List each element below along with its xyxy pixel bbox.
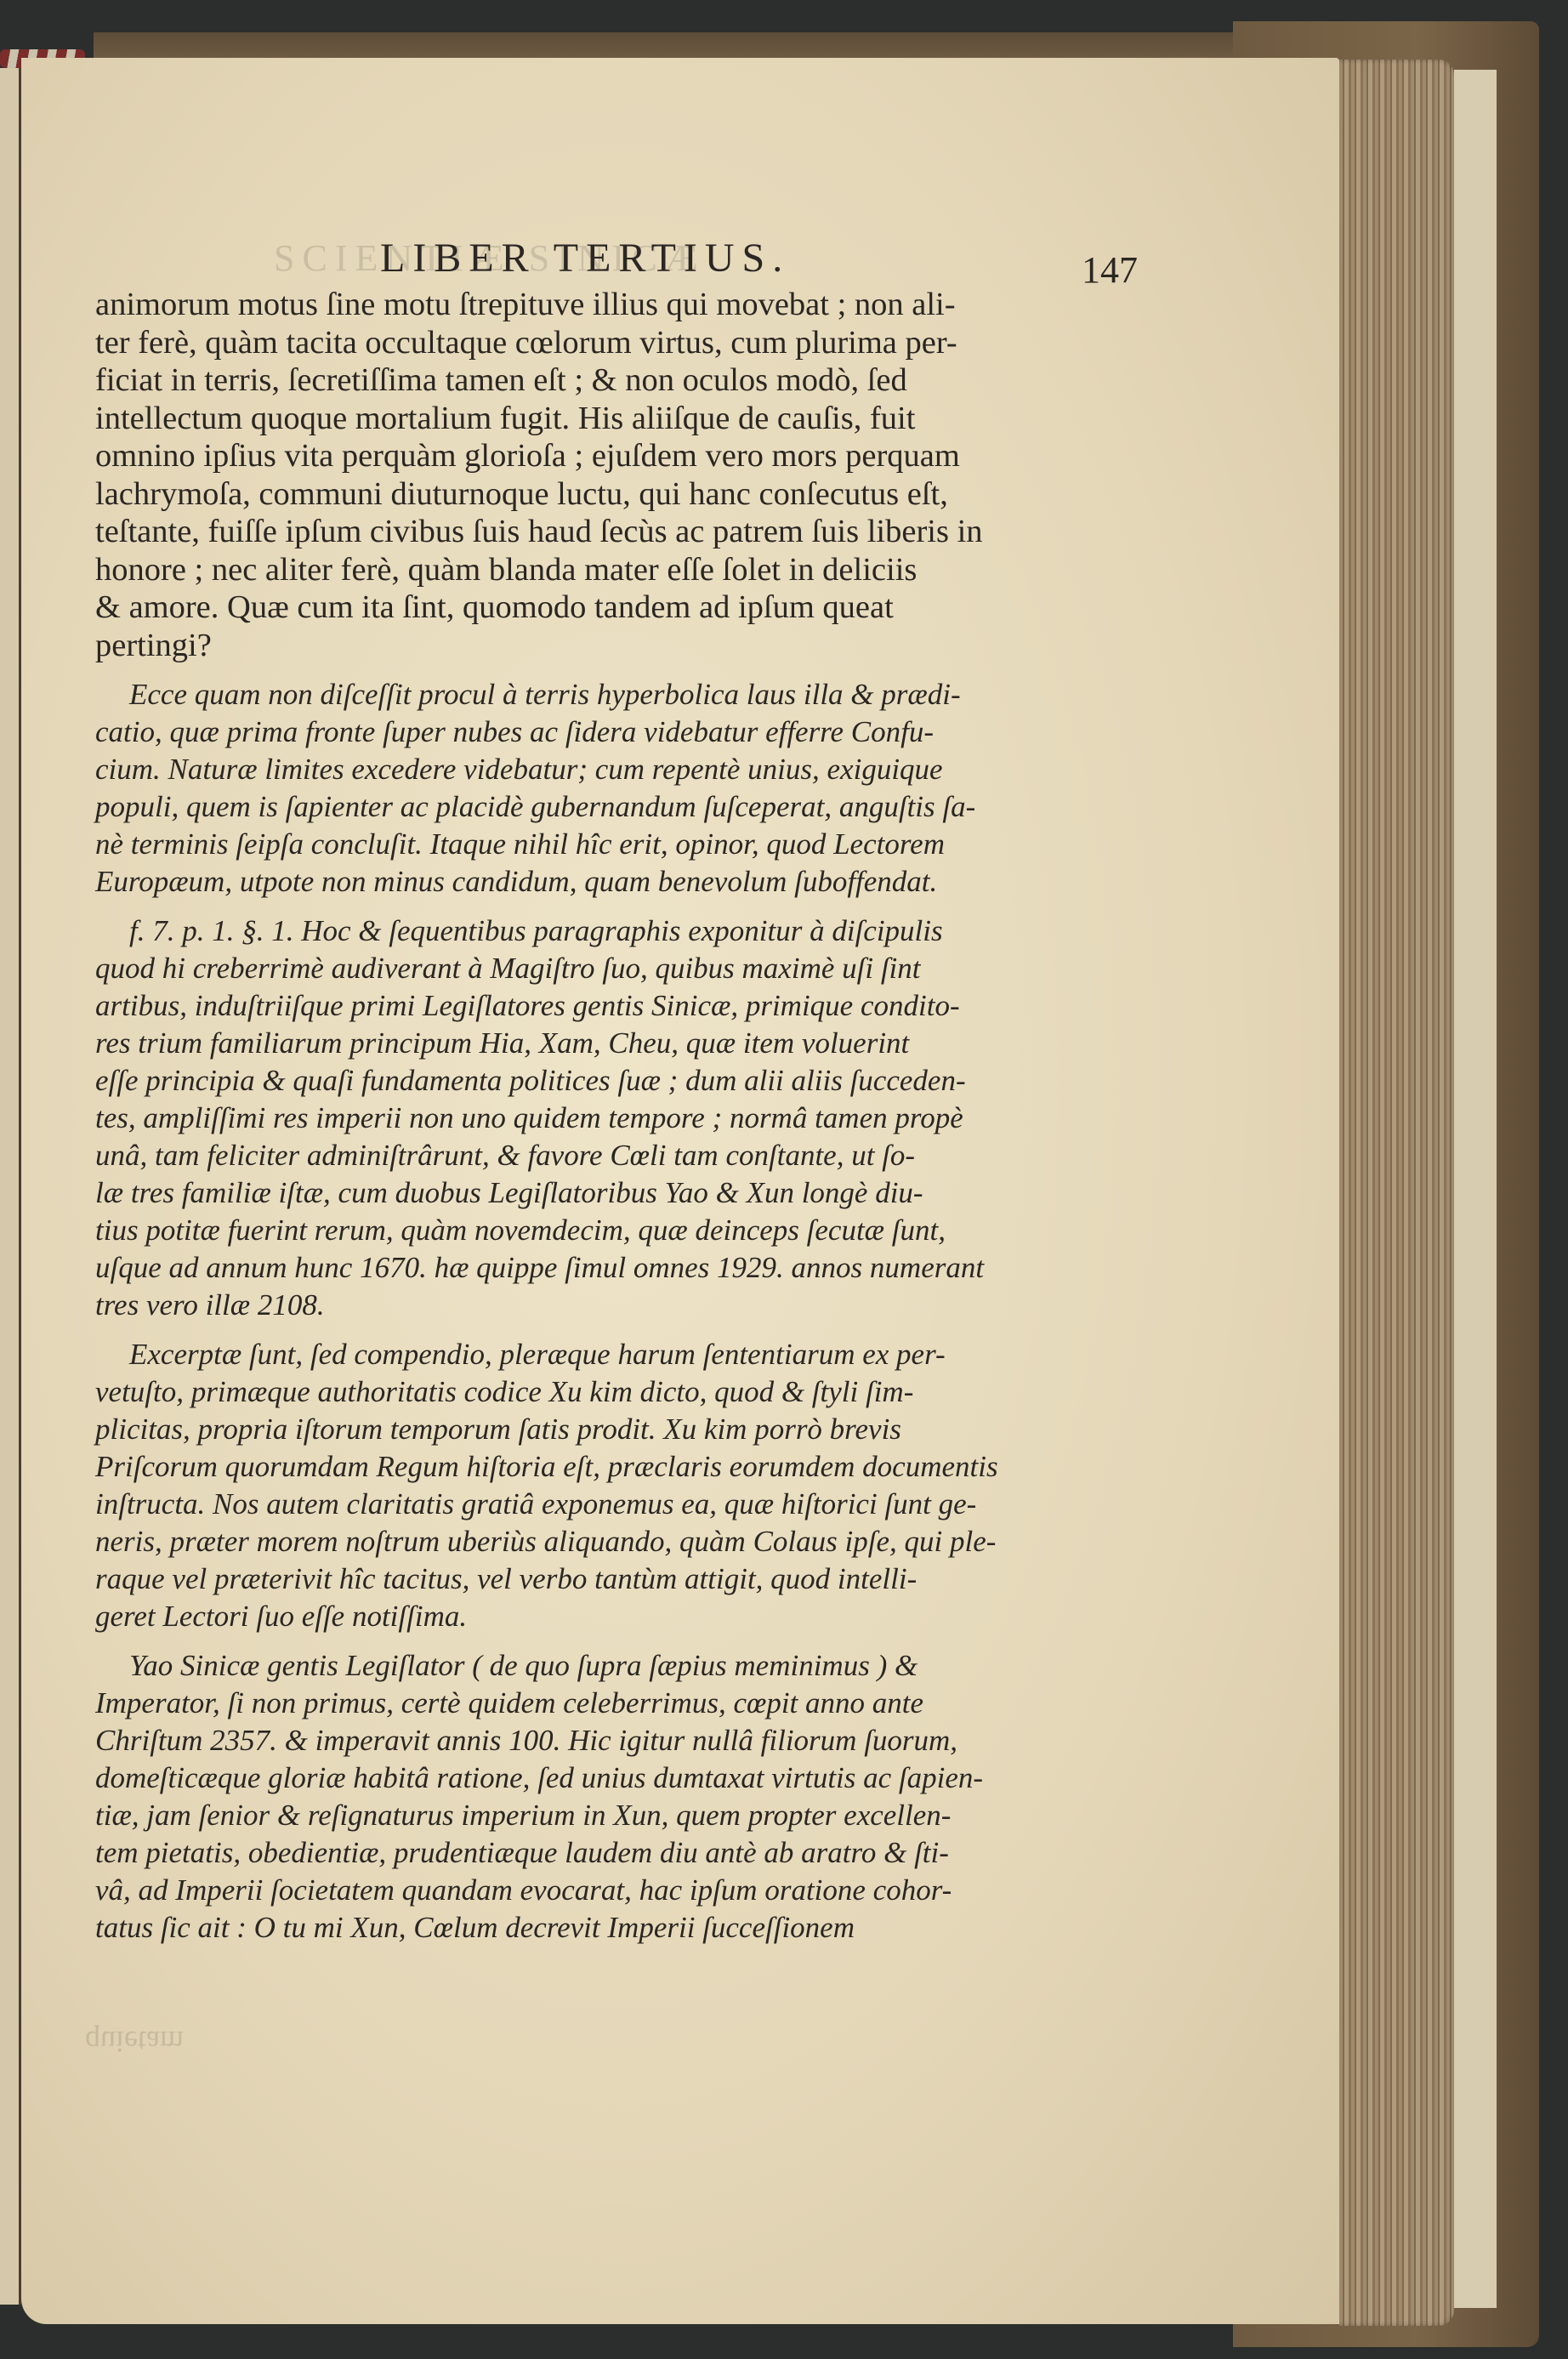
paragraph: Yao Sinicæ gentis Legiſlator ( de quo ſu… <box>95 1647 1146 1947</box>
text-line: ter ferè, quàm tacita occultaque cœlorum… <box>95 324 1146 362</box>
paragraph-gap <box>95 1635 1146 1647</box>
text-line: Chriſtum 2357. & imperavit annis 100. Hi… <box>95 1722 1146 1759</box>
text-line: Europæum, utpote non minus candidum, qua… <box>95 863 1146 901</box>
text-line: unâ, tam feliciter adminiſtrârunt, & fav… <box>95 1137 1146 1174</box>
text-line: populi, quem is ſapienter ac placidè gub… <box>95 788 1146 826</box>
page-text-block: SCIENTIÆ SINICÆ LIBER TERTIUS. 147 animo… <box>95 235 1146 1947</box>
text-line: læ tres familiæ iſtæ, cum duobus Legiſla… <box>95 1174 1146 1212</box>
text-line: tatus ſic ait : O tu mi Xun, Cœlum decre… <box>95 1909 1146 1947</box>
running-head-title: LIBER TERTIUS. <box>380 235 790 281</box>
page-number: 147 <box>1082 248 1138 292</box>
text-line: raque vel præterivit hîc tacitus, vel ve… <box>95 1560 1146 1598</box>
paragraph: f. 7. p. 1. §. 1. Hoc & ſequentibus para… <box>95 912 1146 1324</box>
text-line: uſque ad annum hunc 1670. hæ quippe ſimu… <box>95 1249 1146 1287</box>
text-line: & amore. Quæ cum ita ſint, quomodo tande… <box>95 588 1146 627</box>
text-line: Imperator, ſi non primus, certè quidem c… <box>95 1685 1146 1722</box>
text-line: tius potitæ fuerint rerum, quàm novemdec… <box>95 1212 1146 1249</box>
text-line: inſtructa. Nos autem claritatis gratiâ e… <box>95 1486 1146 1523</box>
text-line: intellectum quoque mortalium fugit. His … <box>95 400 1146 438</box>
text-line: omnino ipſius vita perquàm glorioſa ; ej… <box>95 437 1146 475</box>
text-line: plicitas, propria iſtorum temporum ſatis… <box>95 1411 1146 1448</box>
text-line: quod hi creberrimè audiverant à Magiſtro… <box>95 950 1146 987</box>
paragraph: animorum motus ſine motu ſtrepituve illi… <box>95 286 1146 664</box>
text-line: pertingi? <box>95 627 1146 665</box>
text-line: tres vero illæ 2108. <box>95 1287 1146 1324</box>
paragraph: Ecce quam non diſceſſit procul à terris … <box>95 676 1146 901</box>
text-line: ficiat in terris, ſecretiſſima tamen eſt… <box>95 361 1146 400</box>
text-line: f. 7. p. 1. §. 1. Hoc & ſequentibus para… <box>95 912 1146 950</box>
text-line: artibus, induſtriiſque primi Legiſlatore… <box>95 987 1146 1025</box>
bleed-through-catchword: quietam <box>85 2024 184 2060</box>
text-line: cium. Naturæ limites excedere videbatur;… <box>95 751 1146 788</box>
paragraph-gap <box>95 901 1146 912</box>
text-line: catio, quæ prima fronte ſuper nubes ac ſ… <box>95 713 1146 751</box>
text-line: tiæ, jam ſenior & reſignaturus imperium … <box>95 1797 1146 1834</box>
paragraph-gap <box>95 664 1146 676</box>
text-line: vâ, ad Imperii ſocietatem quandam evocar… <box>95 1872 1146 1909</box>
text-line: lachrymoſa, communi diuturnoque luctu, q… <box>95 475 1146 514</box>
text-line: domeſticæque gloriæ habitâ ratione, ſed … <box>95 1759 1146 1797</box>
text-line: Excerptæ ſunt, ſed compendio, pleræque h… <box>95 1336 1146 1373</box>
left-page-sliver <box>0 68 21 2305</box>
text-line: Priſcorum quorumdam Regum hiſtoria eſt, … <box>95 1448 1146 1486</box>
text-line: vetuſto, primæque authoritatis codice Xu… <box>95 1373 1146 1411</box>
body-paragraphs: animorum motus ſine motu ſtrepituve illi… <box>95 286 1146 1947</box>
text-line: teſtante, fuiſſe ipſum civibus ſuis haud… <box>95 513 1146 551</box>
text-line: animorum motus ſine motu ſtrepituve illi… <box>95 286 1146 324</box>
text-line: tem pietatis, obedientiæ, prudentiæque l… <box>95 1834 1146 1872</box>
endpaper-board <box>1454 70 1497 2308</box>
paragraph: Excerptæ ſunt, ſed compendio, pleræque h… <box>95 1336 1146 1635</box>
text-line: Ecce quam non diſceſſit procul à terris … <box>95 676 1146 713</box>
text-line: eſſe principia & quaſi fundamenta politi… <box>95 1062 1146 1100</box>
running-head: SCIENTIÆ SINICÆ LIBER TERTIUS. 147 <box>95 235 1146 286</box>
text-line: Yao Sinicæ gentis Legiſlator ( de quo ſu… <box>95 1647 1146 1685</box>
text-line: neris, præter morem noſtrum uberiùs aliq… <box>95 1523 1146 1560</box>
text-line: honore ; nec aliter ferè, quàm blanda ma… <box>95 551 1146 589</box>
paragraph-gap <box>95 1324 1146 1336</box>
text-line: tes, ampliſſimi res imperii non uno quid… <box>95 1100 1146 1137</box>
text-line: geret Lectori ſuo eſſe notiſſima. <box>95 1598 1146 1635</box>
page-fore-edge <box>1337 60 1454 2326</box>
text-line: res trium familiarum principum Hia, Xam,… <box>95 1025 1146 1062</box>
text-line: nè terminis ſeipſa concluſit. Itaque nih… <box>95 826 1146 863</box>
